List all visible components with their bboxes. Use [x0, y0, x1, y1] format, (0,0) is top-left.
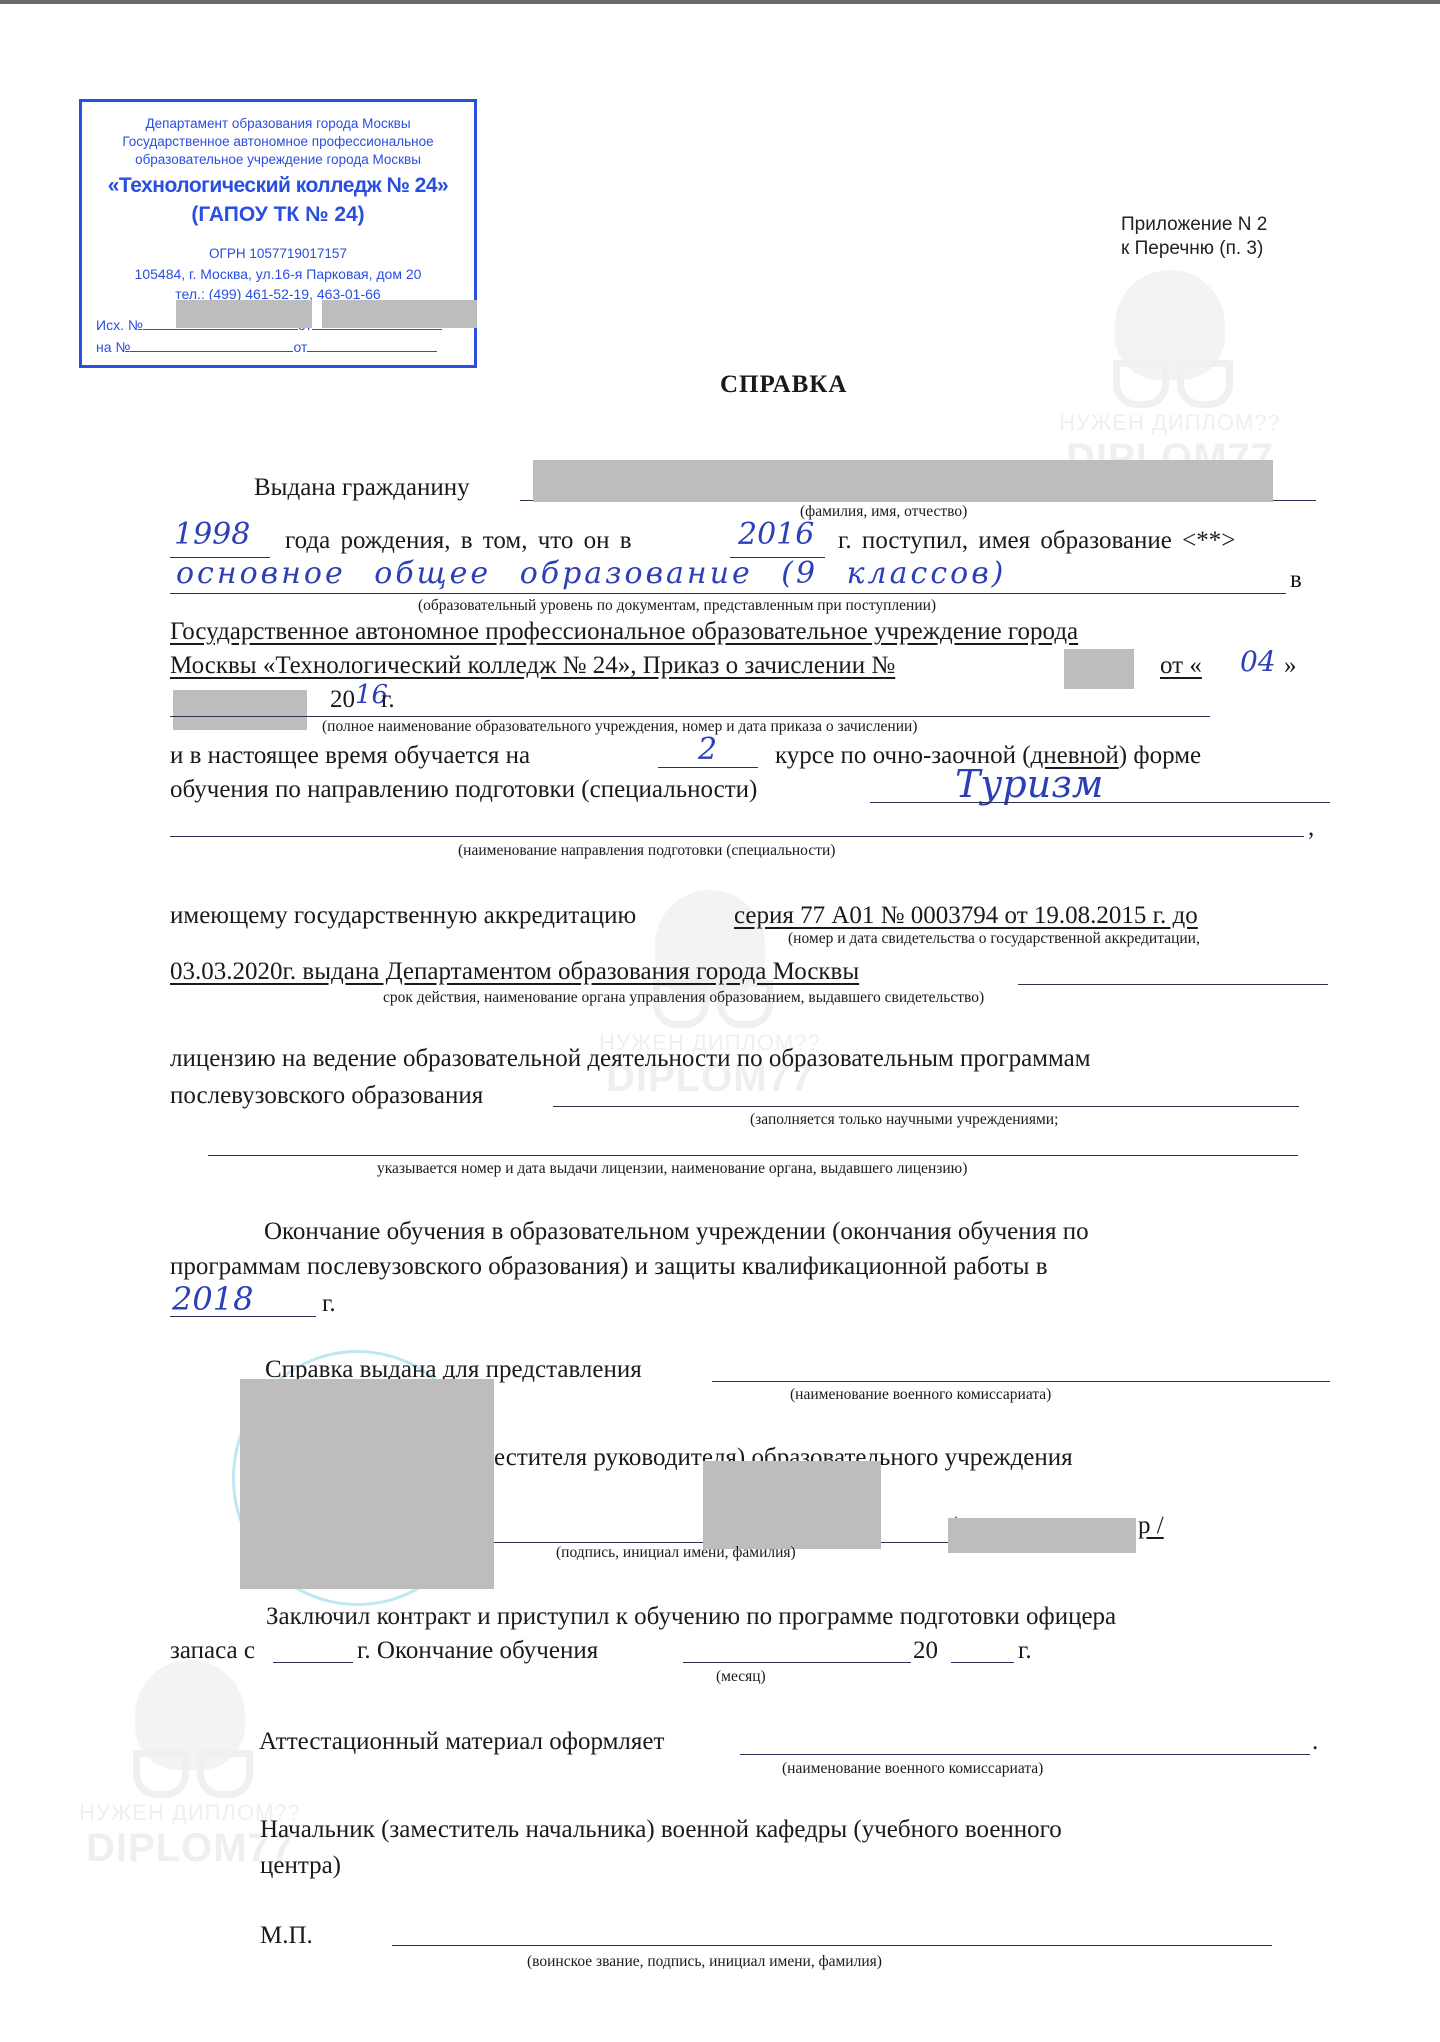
seal-place-label: М.П. [260, 1922, 313, 1950]
redaction-full-name [533, 460, 1273, 502]
redaction-order-month [173, 690, 307, 730]
stamp-college-name: «Технологический колледж № 24» [82, 174, 474, 198]
accreditation-validity: 03.03.2020г. выдана Департаментом образо… [170, 958, 859, 986]
redaction-signature [703, 1461, 881, 1549]
enroll-year: 2016 [738, 517, 814, 552]
scan-edge [0, 0, 1440, 14]
stamp-reference-row: на №от [96, 339, 437, 355]
watermark-face-icon [115, 1650, 265, 1800]
redaction-order-number [1064, 649, 1134, 689]
institution-name-line1: Государственное автономное профессиональ… [170, 618, 1078, 646]
education-level: основное общее образование (9 классов) [176, 556, 1006, 591]
issued-to-label: Выдана гражданину [254, 474, 470, 502]
completion-year: 2018 [172, 1280, 253, 1318]
redaction-head-title [240, 1379, 494, 1589]
redaction [322, 300, 477, 328]
accreditation-number: серия 77 А01 № 0003794 от 19.08.2015 г. … [734, 902, 1198, 930]
watermark-top-right: НУЖЕН ДИПЛОМ?? DIPLOM77 [1040, 260, 1300, 481]
course-number: 2 [698, 732, 717, 767]
specialty: Туризм [955, 762, 1103, 806]
institution-name-line2: Москвы «Технологический колледж № 24», П… [170, 652, 895, 680]
order-day: 04 [1240, 645, 1276, 678]
birth-year: 1998 [174, 517, 250, 552]
redaction [176, 300, 312, 328]
watermark-face-icon [1095, 260, 1245, 410]
appendix-note: Приложение N 2 к Перечню (п. 3) [1121, 213, 1267, 261]
document-title: СПРАВКА [720, 371, 847, 399]
redaction-head-name [948, 1518, 1136, 1553]
